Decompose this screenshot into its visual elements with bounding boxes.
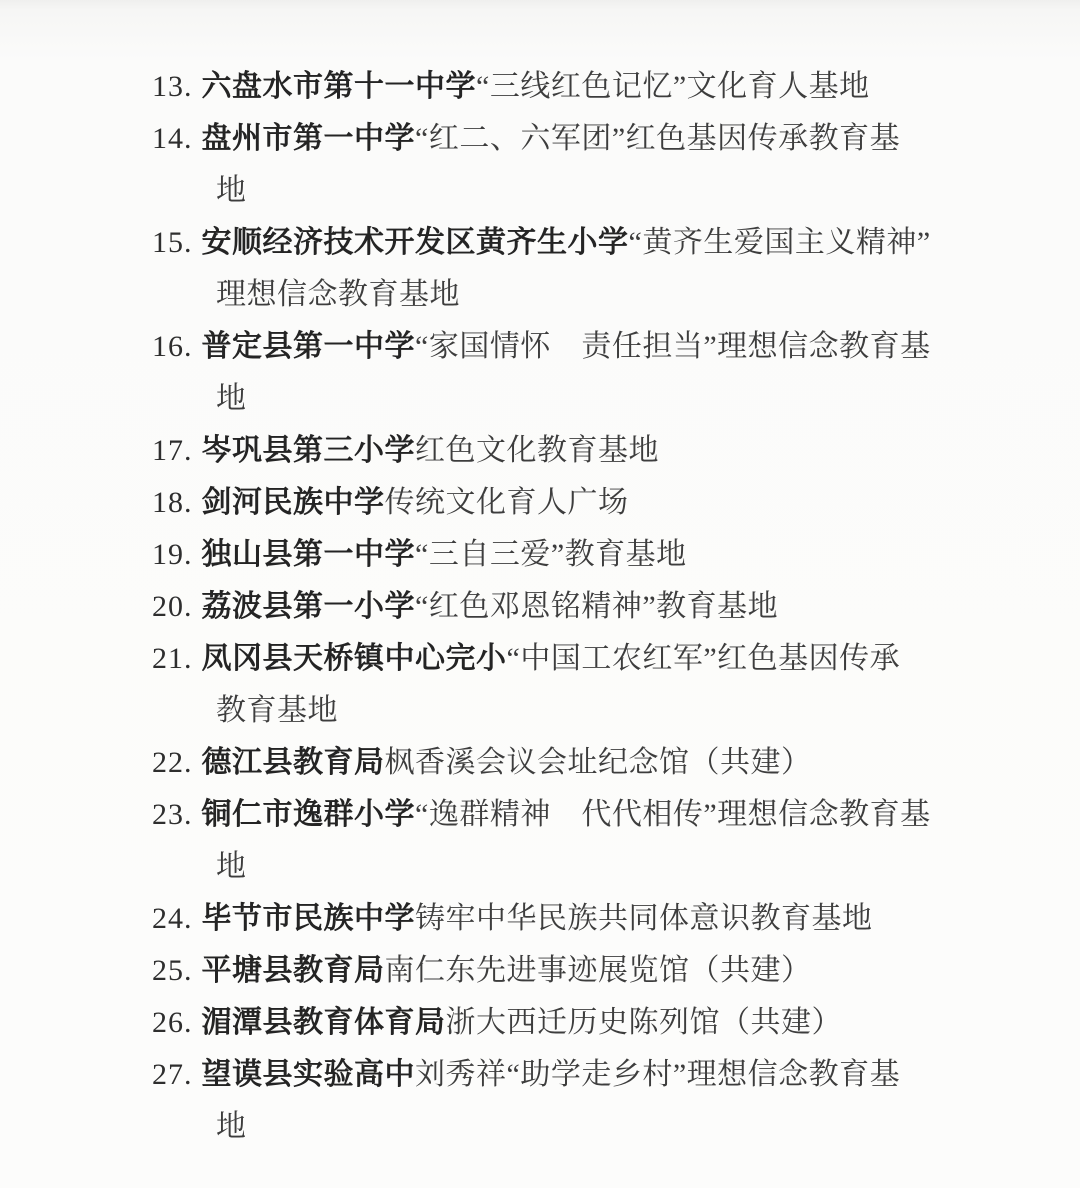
list-item: 25.平塘县教育局南仁东先进事迹展览馆（共建） [152, 945, 997, 997]
base-name: 浙大西迁历史陈列馆（共建） [446, 1006, 843, 1039]
base-name: “红色邓恩铭精神”教育基地 [415, 590, 778, 623]
school-name: 盘州市第一中学 [202, 122, 416, 155]
school-name: 六盘水市第十一中学 [202, 70, 477, 103]
list-item: 22.德江县教育局枫香溪会议会址纪念馆（共建） [152, 737, 997, 789]
base-name: 传统文化育人广场 [385, 486, 629, 519]
item-number: 18. [152, 486, 193, 519]
item-number: 24. [152, 902, 193, 935]
item-number: 19. [152, 538, 193, 571]
list-item: 13.六盘水市第十一中学“三线红色记忆”文化育人基地 [152, 61, 997, 113]
list-item: 14.盘州市第一中学“红二、六军团”红色基因传承教育基 地 [152, 113, 997, 217]
list-item: 18.剑河民族中学传统文化育人广场 [152, 477, 997, 529]
school-name: 凤冈县天桥镇中心完小 [202, 642, 507, 675]
item-number: 14. [152, 122, 193, 155]
school-name: 安顺经济技术开发区黄齐生小学 [202, 226, 629, 259]
document-page: 13.六盘水市第十一中学“三线红色记忆”文化育人基地 14.盘州市第一中学“红二… [0, 0, 1080, 1188]
school-name: 毕节市民族中学 [202, 902, 416, 935]
list-item: 15.安顺经济技术开发区黄齐生小学“黄齐生爱国主义精神” 理想信念教育基地 [152, 217, 997, 321]
item-number: 16. [152, 330, 193, 363]
list-item: 16.普定县第一中学“家国情怀 责任担当”理想信念教育基 地 [152, 321, 997, 425]
school-name: 荔波县第一小学 [202, 590, 416, 623]
list-item: 24.毕节市民族中学铸牢中华民族共同体意识教育基地 [152, 893, 997, 945]
item-number: 21. [152, 642, 193, 675]
school-name: 岑巩县第三小学 [202, 434, 416, 467]
base-name: 铸牢中华民族共同体意识教育基地 [415, 902, 873, 935]
list-item: 27.望谟县实验高中刘秀祥“助学走乡村”理想信念教育基 地 [152, 1049, 997, 1153]
base-name: “三线红色记忆”文化育人基地 [476, 70, 870, 103]
school-name: 铜仁市逸群小学 [202, 798, 416, 831]
base-name: 红色文化教育基地 [415, 434, 659, 467]
base-name: 南仁东先进事迹展览馆（共建） [385, 954, 812, 987]
school-name: 平塘县教育局 [202, 954, 385, 987]
list-item: 19.独山县第一中学“三自三爱”教育基地 [152, 529, 997, 581]
item-number: 17. [152, 434, 193, 467]
base-name: “三自三爱”教育基地 [415, 538, 687, 571]
base-name: 枫香溪会议会址纪念馆（共建） [385, 746, 812, 779]
item-number: 23. [152, 798, 193, 831]
school-name: 剑河民族中学 [202, 486, 385, 519]
item-number: 13. [152, 70, 193, 103]
item-number: 20. [152, 590, 193, 623]
item-number: 22. [152, 746, 193, 779]
list-item: 17.岑巩县第三小学红色文化教育基地 [152, 425, 997, 477]
item-number: 26. [152, 1006, 193, 1039]
list-item: 20.荔波县第一小学“红色邓恩铭精神”教育基地 [152, 581, 997, 633]
school-name: 望谟县实验高中 [202, 1058, 416, 1091]
item-number: 15. [152, 226, 193, 259]
item-number: 25. [152, 954, 193, 987]
school-name: 普定县第一中学 [202, 330, 416, 363]
list-item: 26.湄潭县教育体育局浙大西迁历史陈列馆（共建） [152, 997, 997, 1049]
item-number: 27. [152, 1058, 193, 1091]
school-name: 独山县第一中学 [202, 538, 416, 571]
list-item: 23.铜仁市逸群小学“逸群精神 代代相传”理想信念教育基 地 [152, 789, 997, 893]
school-name: 德江县教育局 [202, 746, 385, 779]
school-name: 湄潭县教育体育局 [202, 1006, 446, 1039]
list-item: 21.凤冈县天桥镇中心完小“中国工农红军”红色基因传承 教育基地 [152, 633, 997, 737]
